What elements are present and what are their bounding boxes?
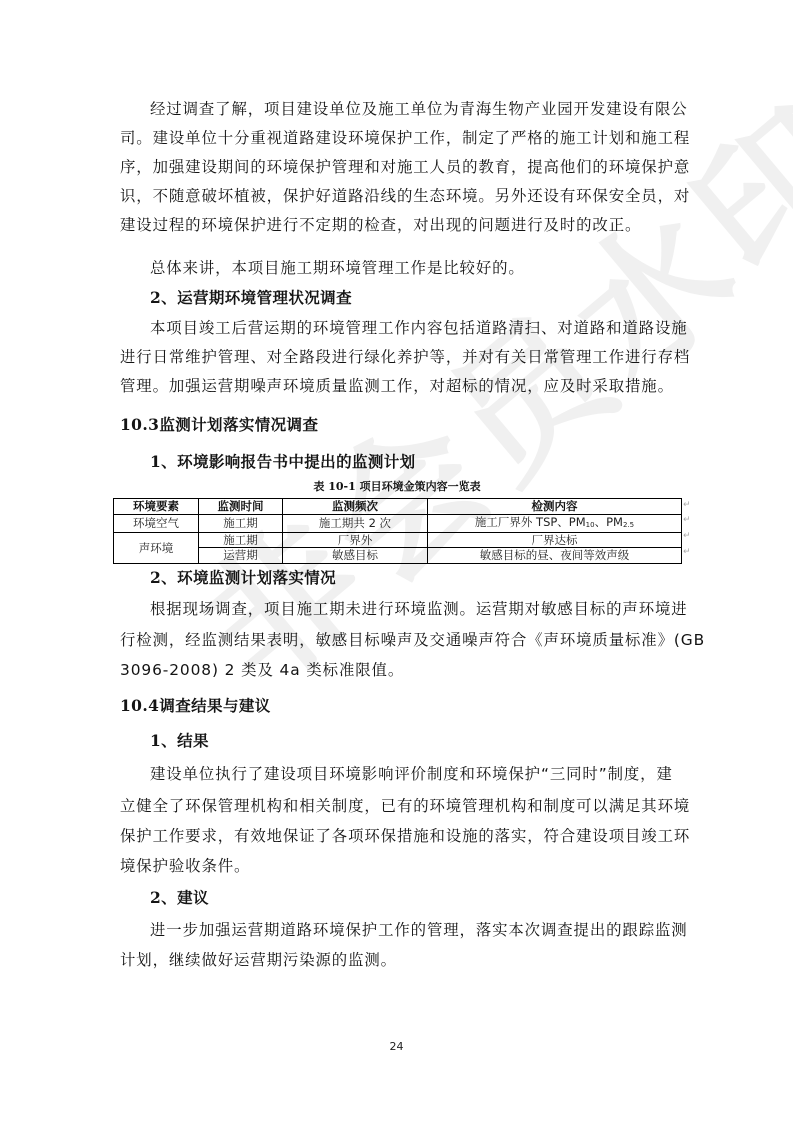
paragraph-line: 进一步加强运营期道路环境保护工作的管理，落实本次调查提出的跟踪监测 xyxy=(150,920,676,940)
paragraph-line: 行检测，经监测结果表明，敏感目标噪声及交通噪声符合《声环境质量标准》(GB xyxy=(120,630,676,650)
table-header: 环境要素 xyxy=(114,499,199,515)
paragraph-line: 识，不随意破坏植被，保护好道路沿线的生态环境。另外还设有环保安全员，对 xyxy=(120,186,676,206)
paragraph-line: 经过调查了解，项目建设单位及施工单位为青海生物产业园开发建设有限公 xyxy=(150,99,676,119)
paragraph-line: 管理。加强运营期噪声环境质量监测工作，对超标的情况，应及时采取措施。 xyxy=(120,376,676,396)
table-cell: 敏感目标 xyxy=(283,548,428,564)
paragraph-line: 根据现场调查，项目施工期未进行环境监测。运营期对敏感目标的声环境进 xyxy=(150,599,676,619)
paragraph-mark-icon: ↵ xyxy=(683,547,691,557)
page-number: 24 xyxy=(0,1040,793,1053)
paragraph-line: 建设过程的环境保护进行不定期的检查，对出现的问题进行及时的改正。 xyxy=(120,215,676,235)
monitoring-plan-table: 环境要素 监测时间 监测频次 检测内容 环境空气 施工期 施工期共 2 次 施工… xyxy=(113,498,682,564)
cell-text: 施工厂界外 TSP、PM xyxy=(475,515,586,529)
table-row: 运营期 敏感目标 敏感目标的昼、夜间等效声级 xyxy=(114,548,682,564)
paragraph-line: 本项目竣工后营运期的环境管理工作内容包括道路清扫、对道路和道路设施 xyxy=(150,318,676,338)
subsection-heading: 2、运营期环境管理状况调查 xyxy=(150,288,706,308)
table-row: 环境空气 施工期 施工期共 2 次 施工厂界外 TSP、PM10、PM2.5 xyxy=(114,514,682,532)
table-cell: 施工期 xyxy=(199,532,283,548)
paragraph-line: 3096-2008) 2 类及 4a 类标准限值。 xyxy=(120,660,676,680)
paragraph-mark-icon: ↵ xyxy=(683,515,691,525)
paragraph-line: 境保护验收条件。 xyxy=(120,856,676,876)
table-caption: 表 10-1 项目环境金策内容一览表 xyxy=(113,480,681,494)
subsection-heading: 1、环境影响报告书中提出的监测计划 xyxy=(150,452,706,472)
table-cell: 施工厂界外 TSP、PM10、PM2.5 xyxy=(428,514,682,532)
table-cell: 运营期 xyxy=(199,548,283,564)
document-page: 非会员水印 经过调查了解，项目建设单位及施工单位为青海生物产业园开发建设有限公 … xyxy=(0,0,793,1122)
subsection-heading: 2、环境监测计划落实情况 xyxy=(150,568,706,588)
paragraph-line: 保护工作要求，有效地保证了各项环保措施和设施的落实，符合建设项目竣工环 xyxy=(120,826,676,846)
table-cell: 声环境 xyxy=(114,532,199,563)
paragraph-mark-icon: ↵ xyxy=(683,531,691,541)
paragraph-line: 计划，继续做好运营期污染源的监测。 xyxy=(120,950,676,970)
table-cell: 施工期 xyxy=(199,514,283,532)
section-heading: 10.4调查结果与建议 xyxy=(120,696,676,716)
paragraph-line: 司。建设单位十分重视道路建设环境保护工作，制定了严格的施工计划和施工程 xyxy=(120,128,676,148)
table-cell: 敏感目标的昼、夜间等效声级 xyxy=(428,548,682,564)
paragraph-line: 进行日常维护管理、对全路段进行绿化养护等，并对有关日常管理工作进行存档 xyxy=(120,347,676,367)
paragraph-line: 立健全了环保管理机构和相关制度，已有的环境管理机构和制度可以满足其环境 xyxy=(120,796,676,816)
table-header: 监测频次 xyxy=(283,499,428,515)
table-header: 检测内容 xyxy=(428,499,682,515)
table-row: 声环境 施工期 厂界外 厂界达标 xyxy=(114,532,682,548)
table-cell: 施工期共 2 次 xyxy=(283,514,428,532)
table-header-row: 环境要素 监测时间 监测频次 检测内容 xyxy=(114,499,682,515)
table-cell: 环境空气 xyxy=(114,514,199,532)
paragraph-line: 序，加强建设期间的环境保护管理和对施工人员的教育，提高他们的环境保护意 xyxy=(120,157,676,177)
paragraph-line: 建设单位执行了建设项目环境影响评价制度和环境保护“三同时”制度，建 xyxy=(150,764,676,784)
subscript: 10 xyxy=(586,521,595,529)
subsection-heading: 1、结果 xyxy=(150,731,706,751)
subscript: 2.5 xyxy=(623,521,634,529)
table-cell: 厂界达标 xyxy=(428,532,682,548)
paragraph-mark-icon: ↵ xyxy=(683,500,691,510)
table-cell: 厂界外 xyxy=(283,532,428,548)
table-header: 监测时间 xyxy=(199,499,283,515)
subsection-heading: 2、建议 xyxy=(150,888,706,908)
section-heading: 10.3监测计划落实情况调查 xyxy=(120,415,676,435)
cell-text: 、PM xyxy=(595,515,623,529)
paragraph-line: 总体来讲，本项目施工期环境管理工作是比较好的。 xyxy=(150,258,676,278)
